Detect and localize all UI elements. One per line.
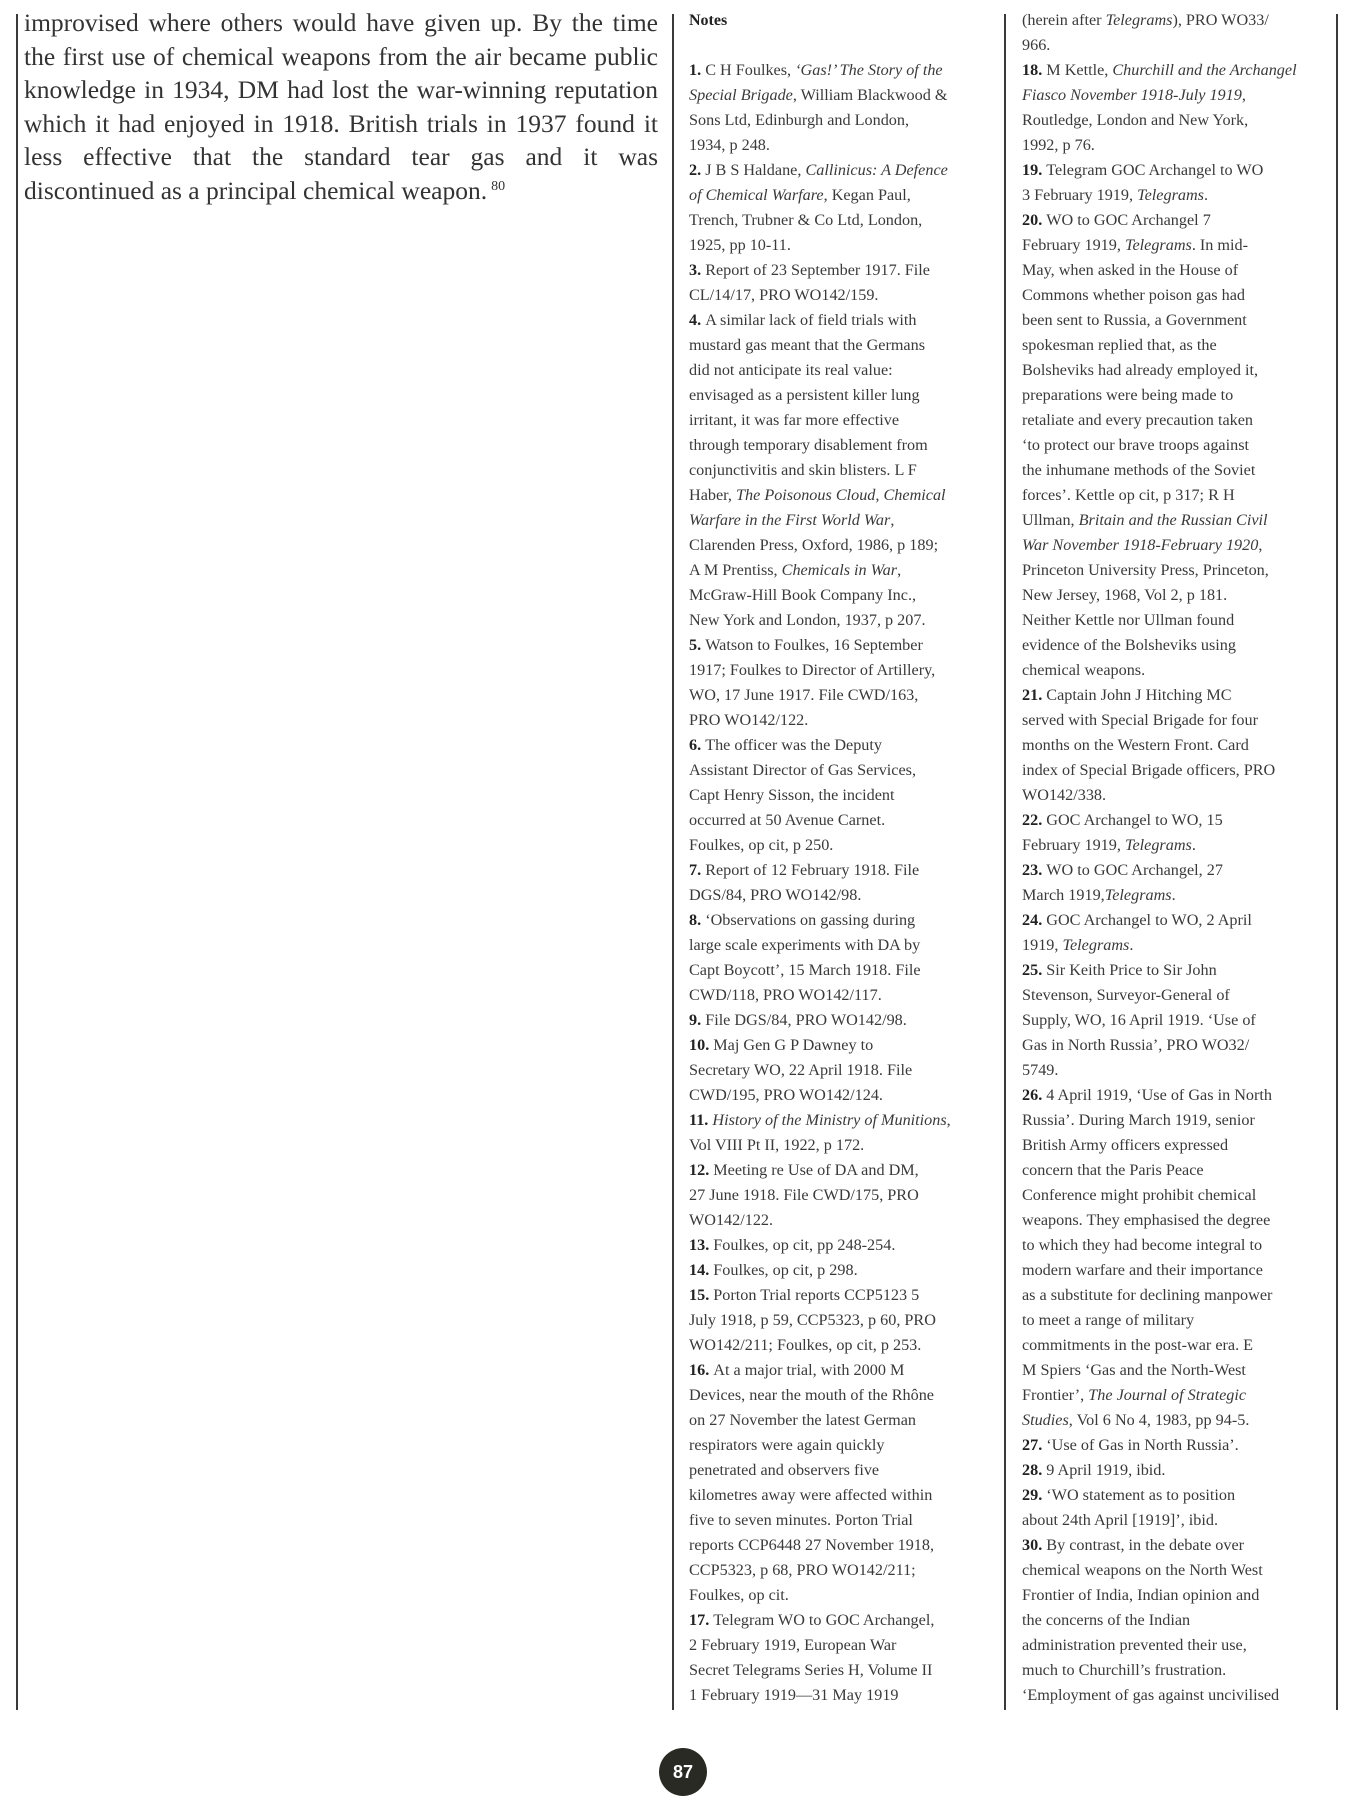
note-line: 23. WO to GOC Archangel, 27: [1022, 858, 1332, 883]
note-line: modern warfare and their importance: [1022, 1258, 1332, 1283]
note-line: Warfare in the First World War,: [689, 508, 999, 533]
note-italic-title: Telegrams: [1125, 836, 1192, 854]
note-line: Capt Henry Sisson, the incident: [689, 783, 999, 808]
note-line: conjunctivitis and skin blisters. L F: [689, 458, 999, 483]
note-line: July 1918, p 59, CCP5323, p 60, PRO: [689, 1308, 999, 1333]
note-text: PRO WO142/122.: [689, 711, 808, 729]
note-text: administration prevented their use,: [1022, 1636, 1247, 1654]
note-italic-title: Telegrams: [1106, 11, 1173, 29]
body-notes-divider: [672, 14, 674, 1710]
note-number: 27.: [1022, 1436, 1046, 1454]
note-text: ,: [890, 511, 894, 529]
note-line: 5749.: [1022, 1058, 1332, 1083]
notes-heading: Notes: [689, 8, 999, 33]
note-line: much to Churchill’s frustration.: [1022, 1658, 1332, 1683]
note-text: .: [1172, 886, 1176, 904]
note-number: 20.: [1022, 211, 1046, 229]
note-text: commitments in the post-war era. E: [1022, 1336, 1253, 1354]
note-number: 22.: [1022, 811, 1046, 829]
note-line: Haber, The Poisonous Cloud, Chemical: [689, 483, 999, 508]
note-text: DGS/84, PRO WO142/98.: [689, 886, 861, 904]
note-number: 8.: [689, 911, 705, 929]
note-text: 1934, p 248.: [689, 136, 770, 154]
note-number: 30.: [1022, 1536, 1046, 1554]
note-line: CWD/118, PRO WO142/117.: [689, 983, 999, 1008]
note-line: 29. ‘WO statement as to position: [1022, 1483, 1332, 1508]
note-line: Russia’. During March 1919, senior: [1022, 1108, 1332, 1133]
note-text: .: [1129, 936, 1133, 954]
note-line: WO142/122.: [689, 1208, 999, 1233]
note-text: M Spiers ‘Gas and the North-West: [1022, 1361, 1246, 1379]
note-text: reports CCP6448 27 November 1918,: [689, 1536, 934, 1554]
note-line: retaliate and every precaution taken: [1022, 408, 1332, 433]
note-line: 8. ‘Observations on gassing during: [689, 908, 999, 933]
note-italic-title: Fiasco November 1918-July 1919: [1022, 86, 1242, 104]
note-line: 30. By contrast, in the debate over: [1022, 1533, 1332, 1558]
note-text: Russia’. During March 1919, senior: [1022, 1111, 1255, 1129]
note-line: 9. File DGS/84, PRO WO142/98.: [689, 1008, 999, 1033]
note-line: 2. J B S Haldane, Callinicus: A Defence: [689, 158, 999, 183]
note-line: Devices, near the mouth of the Rhône: [689, 1383, 999, 1408]
note-line: 7. Report of 12 February 1918. File: [689, 858, 999, 883]
note-line: 20. WO to GOC Archangel 7: [1022, 208, 1332, 233]
note-text: Captain John J Hitching MC: [1046, 686, 1231, 704]
note-italic-title: Britain and the Russian Civil: [1079, 511, 1268, 529]
note-line: administration prevented their use,: [1022, 1633, 1332, 1658]
note-line: CCP5323, p 68, PRO WO142/211;: [689, 1558, 999, 1583]
note-line: preparations were being made to: [1022, 383, 1332, 408]
note-line: 28. 9 April 1919, ibid.: [1022, 1458, 1332, 1483]
note-line: 17. Telegram WO to GOC Archangel,: [689, 1608, 999, 1633]
note-text: 1992, p 76.: [1022, 136, 1095, 154]
note-line: Stevenson, Surveyor-General of: [1022, 983, 1332, 1008]
notes-list-1: 1. C H Foulkes, ‘Gas!’ The Story of theS…: [689, 58, 999, 1708]
note-line: 4. A similar lack of field trials with: [689, 308, 999, 333]
note-text: ‘Employment of gas against uncivilised: [1022, 1686, 1279, 1704]
body-text-column: improvised where others would have given…: [24, 6, 658, 208]
note-text: C H Foulkes,: [705, 61, 795, 79]
note-line: Gas in North Russia’, PRO WO32/: [1022, 1033, 1332, 1058]
note-number: 25.: [1022, 961, 1046, 979]
note-italic-title: Studies: [1022, 1411, 1069, 1429]
note-text: on 27 November the latest German: [689, 1411, 916, 1429]
note-line: Special Brigade, William Blackwood &: [689, 83, 999, 108]
note-text: . In mid-: [1192, 236, 1248, 254]
note-line: 1919, Telegrams.: [1022, 933, 1332, 958]
note-line: M Spiers ‘Gas and the North-West: [1022, 1358, 1332, 1383]
note-line: 1934, p 248.: [689, 133, 999, 158]
note-number: 23.: [1022, 861, 1046, 879]
note-number: 18.: [1022, 61, 1046, 79]
note-line: chemical weapons.: [1022, 658, 1332, 683]
note-line: (herein after Telegrams), PRO WO33/: [1022, 8, 1332, 33]
note-line: 18. M Kettle, Churchill and the Archange…: [1022, 58, 1332, 83]
note-number: 9.: [689, 1011, 705, 1029]
note-text: New Jersey, 1968, Vol 2, p 181.: [1022, 586, 1227, 604]
note-line: Frontier’, The Journal of Strategic: [1022, 1383, 1332, 1408]
note-text: Telegram WO to GOC Archangel,: [713, 1611, 934, 1629]
note-text: M Kettle,: [1046, 61, 1112, 79]
note-line: 26. 4 April 1919, ‘Use of Gas in North: [1022, 1083, 1332, 1108]
note-text: ), PRO WO33/: [1172, 11, 1268, 29]
note-text: CL/14/17, PRO WO142/159.: [689, 286, 878, 304]
note-line: the concerns of the Indian: [1022, 1608, 1332, 1633]
note-line: Routledge, London and New York,: [1022, 108, 1332, 133]
note-number: 21.: [1022, 686, 1046, 704]
note-text: much to Churchill’s frustration.: [1022, 1661, 1226, 1679]
note-line: 1925, pp 10-11.: [689, 233, 999, 258]
note-line: McGraw-Hill Book Company Inc.,: [689, 583, 999, 608]
note-line: WO142/211; Foulkes, op cit, p 253.: [689, 1333, 999, 1358]
note-text: CWD/195, PRO WO142/124.: [689, 1086, 883, 1104]
note-line: Conference might prohibit chemical: [1022, 1183, 1332, 1208]
note-line: Ullman, Britain and the Russian Civil: [1022, 508, 1332, 533]
note-line: to which they had become integral to: [1022, 1233, 1332, 1258]
note-line: February 1919, Telegrams. In mid-: [1022, 233, 1332, 258]
note-line: concern that the Paris Peace: [1022, 1158, 1332, 1183]
note-italic-title: Telegrams: [1062, 936, 1129, 954]
note-text: Watson to Foulkes, 16 September: [705, 636, 923, 654]
note-text: 2 February 1919, European War: [689, 1636, 896, 1654]
note-text: occurred at 50 Avenue Carnet.: [689, 811, 885, 829]
note-text: 3 February 1919,: [1022, 186, 1137, 204]
note-text: Gas in North Russia’, PRO WO32/: [1022, 1036, 1249, 1054]
note-text: The officer was the Deputy: [705, 736, 882, 754]
note-text: ,: [1242, 86, 1246, 104]
note-line: Secret Telegrams Series H, Volume II: [689, 1658, 999, 1683]
note-text: A similar lack of field trials with: [705, 311, 916, 329]
note-text: Neither Kettle nor Ullman found: [1022, 611, 1234, 629]
note-text: 4 April 1919, ‘Use of Gas in North: [1046, 1086, 1272, 1104]
note-line: chemical weapons on the North West: [1022, 1558, 1332, 1583]
note-text: Foulkes, op cit, pp 248-254.: [713, 1236, 895, 1254]
note-line: May, when asked in the House of: [1022, 258, 1332, 283]
note-line: spokesman replied that, as the: [1022, 333, 1332, 358]
note-number: 4.: [689, 311, 705, 329]
note-line: Clarenden Press, Oxford, 1986, p 189;: [689, 533, 999, 558]
note-text: February 1919,: [1022, 236, 1125, 254]
note-text: ‘to protect our brave troops against: [1022, 436, 1249, 454]
note-text: (herein after: [1022, 11, 1106, 29]
note-text: kilometres away were affected within: [689, 1486, 932, 1504]
note-line: 1917; Foulkes to Director of Artillery,: [689, 658, 999, 683]
note-line: 10. Maj Gen G P Dawney to: [689, 1033, 999, 1058]
note-line: respirators were again quickly: [689, 1433, 999, 1458]
body-paragraph: improvised where others would have given…: [24, 8, 658, 205]
note-text: Devices, near the mouth of the Rhône: [689, 1386, 934, 1404]
note-text: .: [1192, 836, 1196, 854]
note-italic-title: Telegrams: [1125, 236, 1192, 254]
note-line: Neither Kettle nor Ullman found: [1022, 608, 1332, 633]
note-number: 26.: [1022, 1086, 1046, 1104]
note-text: about 24th April [1919]’, ibid.: [1022, 1511, 1218, 1529]
note-line: Foulkes, op cit.: [689, 1583, 999, 1608]
note-text: five to seven minutes. Porton Trial: [689, 1511, 913, 1529]
note-line: Supply, WO, 16 April 1919. ‘Use of: [1022, 1008, 1332, 1033]
note-number: 1.: [689, 61, 705, 79]
note-text: Frontier’,: [1022, 1386, 1088, 1404]
note-text: the inhumane methods of the Soviet: [1022, 461, 1255, 479]
note-text: ,: [947, 1111, 951, 1129]
note-number: 12.: [689, 1161, 713, 1179]
note-line: PRO WO142/122.: [689, 708, 999, 733]
note-text: to meet a range of military: [1022, 1311, 1194, 1329]
note-text: New York and London, 1937, p 207.: [689, 611, 926, 629]
note-line: ‘to protect our brave troops against: [1022, 433, 1332, 458]
note-line: reports CCP6448 27 November 1918,: [689, 1533, 999, 1558]
note-number: 11.: [689, 1111, 712, 1129]
note-number: 19.: [1022, 161, 1046, 179]
note-italic-title: Telegrams: [1105, 886, 1172, 904]
note-text: Trench, Trubner & Co Ltd, London,: [689, 211, 922, 229]
notes-column-2: (herein after Telegrams), PRO WO33/966.1…: [1022, 8, 1332, 1708]
note-text: large scale experiments with DA by: [689, 936, 920, 954]
note-italic-title: Telegrams: [1137, 186, 1204, 204]
note-text: Telegram GOC Archangel to WO: [1046, 161, 1263, 179]
note-line: Trench, Trubner & Co Ltd, London,: [689, 208, 999, 233]
page-number: 87: [673, 1762, 693, 1783]
note-text: evidence of the Bolsheviks using: [1022, 636, 1236, 654]
note-line: kilometres away were affected within: [689, 1483, 999, 1508]
note-text: did not anticipate its real value:: [689, 361, 893, 379]
note-line: Assistant Director of Gas Services,: [689, 758, 999, 783]
note-line: 1992, p 76.: [1022, 133, 1332, 158]
note-line: 21. Captain John J Hitching MC: [1022, 683, 1332, 708]
note-line: War November 1918-February 1920,: [1022, 533, 1332, 558]
note-line: through temporary disablement from: [689, 433, 999, 458]
note-italic-title: War November 1918-February 1920: [1022, 536, 1258, 554]
note-line: index of Special Brigade officers, PRO: [1022, 758, 1332, 783]
note-text: 1919,: [1022, 936, 1062, 954]
note-text: WO142/338.: [1022, 786, 1106, 804]
note-line: 15. Porton Trial reports CCP5123 5: [689, 1283, 999, 1308]
note-italic-title: Chemicals in War: [782, 561, 897, 579]
note-text: 5749.: [1022, 1061, 1058, 1079]
note-text: WO, 17 June 1917. File CWD/163,: [689, 686, 918, 704]
notes-column-divider: [1004, 14, 1006, 1710]
note-italic-title: Special Brigade: [689, 86, 793, 104]
note-text: Meeting re Use of DA and DM,: [713, 1161, 918, 1179]
note-text: ‘WO statement as to position: [1046, 1486, 1235, 1504]
note-text: through temporary disablement from: [689, 436, 928, 454]
note-number: 2.: [689, 161, 705, 179]
note-text: , Vol 6 No 4, 1983, pp 94-5.: [1069, 1411, 1250, 1429]
note-line: British Army officers expressed: [1022, 1133, 1332, 1158]
note-text: Secret Telegrams Series H, Volume II: [689, 1661, 932, 1679]
note-number: 15.: [689, 1286, 713, 1304]
note-line: 3 February 1919, Telegrams.: [1022, 183, 1332, 208]
note-line: 25. Sir Keith Price to Sir John: [1022, 958, 1332, 983]
note-text: Maj Gen G P Dawney to: [713, 1036, 873, 1054]
note-text: index of Special Brigade officers, PRO: [1022, 761, 1275, 779]
note-line: large scale experiments with DA by: [689, 933, 999, 958]
note-line: Sons Ltd, Edinburgh and London,: [689, 108, 999, 133]
note-text: Porton Trial reports CCP5123 5: [713, 1286, 919, 1304]
note-line: 5. Watson to Foulkes, 16 September: [689, 633, 999, 658]
note-text: Assistant Director of Gas Services,: [689, 761, 916, 779]
note-line: commitments in the post-war era. E: [1022, 1333, 1332, 1358]
note-text: Capt Boycott’, 15 March 1918. File: [689, 961, 921, 979]
note-text: July 1918, p 59, CCP5323, p 60, PRO: [689, 1311, 936, 1329]
note-number: 13.: [689, 1236, 713, 1254]
note-text: ‘Use of Gas in North Russia’.: [1046, 1436, 1238, 1454]
note-text: Vol VIII Pt II, 1922, p 172.: [689, 1136, 864, 1154]
note-line: Commons whether poison gas had: [1022, 283, 1332, 308]
note-line: evidence of the Bolsheviks using: [1022, 633, 1332, 658]
note-line: New York and London, 1937, p 207.: [689, 608, 999, 633]
note-text: ‘Observations on gassing during: [705, 911, 915, 929]
note-line: CWD/195, PRO WO142/124.: [689, 1083, 999, 1108]
note-number: 28.: [1022, 1461, 1046, 1479]
note-line: 16. At a major trial, with 2000 M: [689, 1358, 999, 1383]
note-line: 13. Foulkes, op cit, pp 248-254.: [689, 1233, 999, 1258]
note-line: 2 February 1919, European War: [689, 1633, 999, 1658]
note-line: CL/14/17, PRO WO142/159.: [689, 283, 999, 308]
note-line: as a substitute for declining manpower: [1022, 1283, 1332, 1308]
note-text: months on the Western Front. Card: [1022, 736, 1249, 754]
note-text: 9 April 1919, ibid.: [1046, 1461, 1165, 1479]
note-number: 29.: [1022, 1486, 1046, 1504]
note-text: weapons. They emphasised the degree: [1022, 1211, 1270, 1229]
note-text: CCP5323, p 68, PRO WO142/211;: [689, 1561, 916, 1579]
note-text: Conference might prohibit chemical: [1022, 1186, 1256, 1204]
note-text: been sent to Russia, a Government: [1022, 311, 1247, 329]
note-number: 3.: [689, 261, 705, 279]
note-text: the concerns of the Indian: [1022, 1611, 1190, 1629]
note-text: 1917; Foulkes to Director of Artillery,: [689, 661, 935, 679]
note-text: chemical weapons on the North West: [1022, 1561, 1263, 1579]
note-number: 24.: [1022, 911, 1046, 929]
note-line: 14. Foulkes, op cit, p 298.: [689, 1258, 999, 1283]
note-italic-title: of Chemical Warfare: [689, 186, 824, 204]
note-line: February 1919, Telegrams.: [1022, 833, 1332, 858]
note-text: Bolsheviks had already employed it,: [1022, 361, 1258, 379]
note-text: respirators were again quickly: [689, 1436, 885, 1454]
note-text: Report of 23 September 1917. File: [705, 261, 930, 279]
note-line: five to seven minutes. Porton Trial: [689, 1508, 999, 1533]
note-text: spokesman replied that, as the: [1022, 336, 1217, 354]
note-text: Commons whether poison gas had: [1022, 286, 1245, 304]
note-text: Supply, WO, 16 April 1919. ‘Use of: [1022, 1011, 1256, 1029]
page-number-badge: 87: [659, 1748, 707, 1796]
note-text: A M Prentiss,: [689, 561, 782, 579]
left-margin-rule: [16, 14, 18, 1710]
note-line: 24. GOC Archangel to WO, 2 April: [1022, 908, 1332, 933]
note-text: Clarenden Press, Oxford, 1986, p 189;: [689, 536, 938, 554]
note-line: Frontier of India, Indian opinion and: [1022, 1583, 1332, 1608]
note-line: the inhumane methods of the Soviet: [1022, 458, 1332, 483]
note-line: Foulkes, op cit, p 250.: [689, 833, 999, 858]
note-line: Secretary WO, 22 April 1918. File: [689, 1058, 999, 1083]
note-number: 17.: [689, 1611, 713, 1629]
note-text: modern warfare and their importance: [1022, 1261, 1263, 1279]
note-text: WO142/211; Foulkes, op cit, p 253.: [689, 1336, 921, 1354]
note-line: Fiasco November 1918-July 1919,: [1022, 83, 1332, 108]
note-line: 1 February 1919—31 May 1919: [689, 1683, 999, 1708]
right-margin-rule: [1336, 14, 1338, 1710]
note-text: Report of 12 February 1918. File: [705, 861, 919, 879]
note-text: as a substitute for declining manpower: [1022, 1286, 1272, 1304]
notes-list-2: (herein after Telegrams), PRO WO33/966.1…: [1022, 8, 1332, 1708]
note-line: New Jersey, 1968, Vol 2, p 181.: [1022, 583, 1332, 608]
note-text: Routledge, London and New York,: [1022, 111, 1248, 129]
note-text: At a major trial, with 2000 M: [713, 1361, 904, 1379]
note-text: By contrast, in the debate over: [1046, 1536, 1244, 1554]
note-line: WO142/338.: [1022, 783, 1332, 808]
note-text: to which they had become integral to: [1022, 1236, 1262, 1254]
note-line: envisaged as a persistent killer lung: [689, 383, 999, 408]
note-text: Ullman,: [1022, 511, 1079, 529]
note-italic-title: Callinicus: A Defence: [805, 161, 947, 179]
footnote-reference[interactable]: 80: [491, 179, 505, 194]
note-text: WO to GOC Archangel, 27: [1046, 861, 1223, 879]
note-line: 22. GOC Archangel to WO, 15: [1022, 808, 1332, 833]
note-text: Frontier of India, Indian opinion and: [1022, 1586, 1259, 1604]
note-line: 19. Telegram GOC Archangel to WO: [1022, 158, 1332, 183]
note-text: Sir Keith Price to Sir John: [1046, 961, 1216, 979]
note-line: A M Prentiss, Chemicals in War,: [689, 558, 999, 583]
note-text: Foulkes, op cit, p 250.: [689, 836, 833, 854]
note-line: penetrated and observers five: [689, 1458, 999, 1483]
note-text: J B S Haldane,: [705, 161, 805, 179]
note-line: occurred at 50 Avenue Carnet.: [689, 808, 999, 833]
note-text: WO142/122.: [689, 1211, 773, 1229]
note-line: on 27 November the latest German: [689, 1408, 999, 1433]
note-line: WO, 17 June 1917. File CWD/163,: [689, 683, 999, 708]
note-line: 1. C H Foulkes, ‘Gas!’ The Story of the: [689, 58, 999, 83]
note-text: .: [1204, 186, 1208, 204]
note-text: forces’. Kettle op cit, p 317; R H: [1022, 486, 1235, 504]
note-text: penetrated and observers five: [689, 1461, 879, 1479]
note-text: 1 February 1919—31 May 1919: [689, 1686, 899, 1704]
note-line: to meet a range of military: [1022, 1308, 1332, 1333]
note-line: 11. History of the Ministry of Munitions…: [689, 1108, 999, 1133]
note-text: chemical weapons.: [1022, 661, 1145, 679]
note-line: 12. Meeting re Use of DA and DM,: [689, 1158, 999, 1183]
note-text: February 1919,: [1022, 836, 1125, 854]
notes-column-1: Notes 1. C H Foulkes, ‘Gas!’ The Story o…: [689, 8, 999, 1708]
note-number: 10.: [689, 1036, 713, 1054]
note-line: Princeton University Press, Princeton,: [1022, 558, 1332, 583]
note-text: irritant, it was far more effective: [689, 411, 899, 429]
note-line: served with Special Brigade for four: [1022, 708, 1332, 733]
note-italic-title: Churchill and the Archangel: [1112, 61, 1296, 79]
note-text: retaliate and every precaution taken: [1022, 411, 1253, 429]
note-text: concern that the Paris Peace: [1022, 1161, 1204, 1179]
note-text: McGraw-Hill Book Company Inc.,: [689, 586, 916, 604]
note-number: 6.: [689, 736, 705, 754]
note-text: GOC Archangel to WO, 15: [1046, 811, 1222, 829]
note-text: Foulkes, op cit, p 298.: [713, 1261, 857, 1279]
note-text: Foulkes, op cit.: [689, 1586, 789, 1604]
note-number: 5.: [689, 636, 705, 654]
note-text: Princeton University Press, Princeton,: [1022, 561, 1269, 579]
note-italic-title: The Journal of Strategic: [1088, 1386, 1246, 1404]
note-text: , Kegan Paul,: [824, 186, 911, 204]
note-text: 966.: [1022, 36, 1050, 54]
note-line: 966.: [1022, 33, 1332, 58]
note-line: 27. ‘Use of Gas in North Russia’.: [1022, 1433, 1332, 1458]
note-line: irritant, it was far more effective: [689, 408, 999, 433]
note-text: WO to GOC Archangel 7: [1046, 211, 1211, 229]
note-text: Sons Ltd, Edinburgh and London,: [689, 111, 909, 129]
note-line: Bolsheviks had already employed it,: [1022, 358, 1332, 383]
note-text: File DGS/84, PRO WO142/98.: [705, 1011, 907, 1029]
note-line: ‘Employment of gas against uncivilised: [1022, 1683, 1332, 1708]
note-line: mustard gas meant that the Germans: [689, 333, 999, 358]
note-line: months on the Western Front. Card: [1022, 733, 1332, 758]
note-text: , William Blackwood &: [793, 86, 948, 104]
